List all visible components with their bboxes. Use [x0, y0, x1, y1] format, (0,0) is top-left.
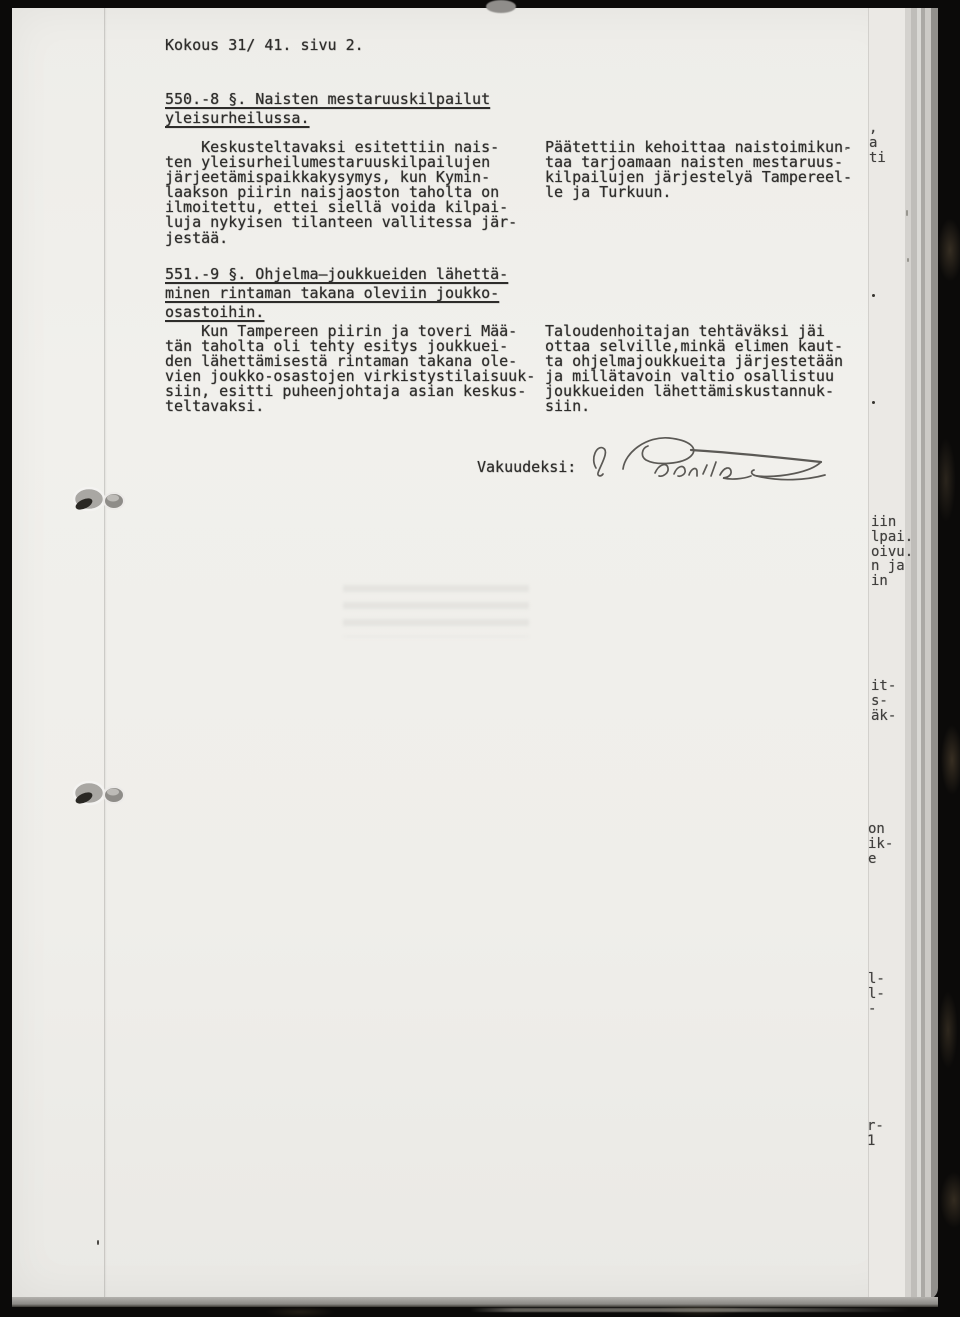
section-551-left-column: Kun Tampereen piirin ja toveri Mää- tän …: [165, 324, 535, 415]
edge-text-fragment: l- l- -: [868, 972, 885, 1016]
page-bottom-edge: [12, 1297, 938, 1307]
edge-text-fragment: on ik- e: [868, 822, 893, 866]
attestation-label: Vakuudeksi:: [477, 460, 576, 475]
section-550-title: 550.-8 §. Naisten mestaruuskilpailut yle…: [165, 90, 490, 128]
binder-ring-icon: [58, 772, 128, 814]
page-header: Kokous 31/ 41. sivu 2.: [165, 38, 364, 53]
edge-text-fragment: r- 1: [867, 1119, 884, 1149]
ink-speck: [97, 1240, 99, 1245]
section-550-right-column: Päätettiin kehoittaa naistoimikun- taa t…: [545, 140, 852, 200]
binder-ring-icon: [58, 478, 128, 520]
signature-handwriting: [585, 428, 840, 490]
edge-text-fragment: , a ti: [869, 121, 886, 165]
scanned-document-photo: Kokous 31/ 41. sivu 2. 550.-8 §. Naisten…: [0, 0, 960, 1317]
underlying-page-edge: [868, 8, 906, 1297]
ink-bleedthrough: [343, 585, 529, 637]
edge-text-fragment: it- s- äk-: [871, 679, 896, 723]
page-fold-margin: [12, 8, 104, 1297]
stacked-page-edges: [905, 8, 938, 1300]
edge-text-fragment: iin lpai. oivu. n ja in: [871, 515, 913, 589]
ink-speck: [845, 148, 847, 150]
edge-mark: [906, 210, 908, 216]
edge-mark: [907, 258, 909, 262]
ink-speck: [872, 294, 875, 297]
section-551-title: 551.-9 §. Ohjelma—joukkueiden lähettä- m…: [165, 265, 508, 322]
binder-clip: [486, 0, 516, 13]
section-551-right-column: Taloudenhoitajan tehtäväksi jäi ottaa se…: [545, 324, 843, 415]
section-550-left-column: Keskusteltavaksi esitettiin nais- ten yl…: [165, 140, 517, 246]
ink-speck: [872, 401, 875, 404]
bottom-edge-highlight: [470, 1308, 910, 1312]
page-crease-line: [104, 8, 107, 1297]
